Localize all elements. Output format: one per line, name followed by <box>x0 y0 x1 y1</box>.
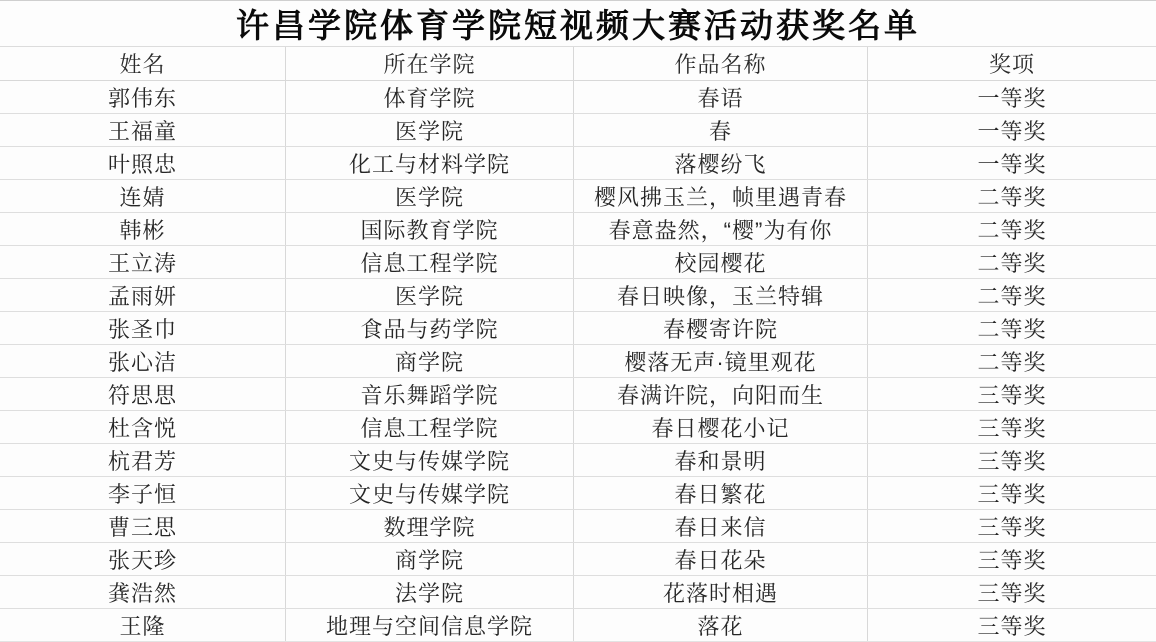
table-row: 叶照忠 化工与材料学院 落樱纷飞 一等奖 <box>0 147 1156 180</box>
cell-award: 一等奖 <box>867 147 1156 179</box>
table-row: 李子恒 文史与传媒学院 春日繁花 三等奖 <box>0 477 1156 510</box>
column-header-work: 作品名称 <box>573 47 867 80</box>
page-title: 许昌学院体育学院短视频大赛活动获奖名单 <box>0 1 1156 47</box>
cell-work: 樱风拂玉兰，帧里遇青春 <box>573 180 867 212</box>
cell-award: 三等奖 <box>867 609 1156 641</box>
cell-college: 医学院 <box>285 180 573 212</box>
cell-name: 李子恒 <box>0 477 285 509</box>
cell-college: 体育学院 <box>285 81 573 113</box>
cell-name: 张圣巾 <box>0 312 285 344</box>
cell-name: 曹三思 <box>0 510 285 542</box>
cell-college: 数理学院 <box>285 510 573 542</box>
cell-college: 国际教育学院 <box>285 213 573 245</box>
table-row: 张心洁 商学院 樱落无声·镜里观花 二等奖 <box>0 345 1156 378</box>
cell-award: 二等奖 <box>867 246 1156 278</box>
cell-work: 春满许院，向阳而生 <box>573 378 867 410</box>
cell-award: 一等奖 <box>867 81 1156 113</box>
table-row: 郭伟东 体育学院 春语 一等奖 <box>0 81 1156 114</box>
cell-award: 二等奖 <box>867 312 1156 344</box>
table-row: 杭君芳 文史与传媒学院 春和景明 三等奖 <box>0 444 1156 477</box>
cell-work: 樱落无声·镜里观花 <box>573 345 867 377</box>
column-header-award: 奖项 <box>867 47 1156 80</box>
cell-work: 春日来信 <box>573 510 867 542</box>
cell-name: 王隆 <box>0 609 285 641</box>
cell-work: 校园樱花 <box>573 246 867 278</box>
cell-college: 信息工程学院 <box>285 411 573 443</box>
cell-college: 文史与传媒学院 <box>285 444 573 476</box>
cell-college: 地理与空间信息学院 <box>285 609 573 641</box>
cell-name: 王福童 <box>0 114 285 146</box>
column-header-college: 所在学院 <box>285 47 573 80</box>
table-row: 孟雨妍 医学院 春日映像，玉兰特辑 二等奖 <box>0 279 1156 312</box>
cell-college: 信息工程学院 <box>285 246 573 278</box>
cell-name: 王立涛 <box>0 246 285 278</box>
cell-college: 食品与药学院 <box>285 312 573 344</box>
cell-award: 三等奖 <box>867 444 1156 476</box>
cell-name: 连婧 <box>0 180 285 212</box>
cell-award: 三等奖 <box>867 378 1156 410</box>
table-row: 张圣巾 食品与药学院 春樱寄许院 二等奖 <box>0 312 1156 345</box>
table-row: 韩彬 国际教育学院 春意盎然，“樱”为有你 二等奖 <box>0 213 1156 246</box>
cell-work: 落樱纷飞 <box>573 147 867 179</box>
table-row: 张天珍 商学院 春日花朵 三等奖 <box>0 543 1156 576</box>
cell-name: 杜含悦 <box>0 411 285 443</box>
cell-name: 杭君芳 <box>0 444 285 476</box>
cell-work: 春樱寄许院 <box>573 312 867 344</box>
cell-college: 商学院 <box>285 543 573 575</box>
table-row: 龚浩然 法学院 花落时相遇 三等奖 <box>0 576 1156 609</box>
table-row: 杜含悦 信息工程学院 春日樱花小记 三等奖 <box>0 411 1156 444</box>
cell-name: 张天珍 <box>0 543 285 575</box>
cell-award: 二等奖 <box>867 279 1156 311</box>
cell-name: 龚浩然 <box>0 576 285 608</box>
column-header-name: 姓名 <box>0 47 285 80</box>
cell-award: 二等奖 <box>867 180 1156 212</box>
cell-name: 孟雨妍 <box>0 279 285 311</box>
cell-award: 三等奖 <box>867 510 1156 542</box>
cell-college: 法学院 <box>285 576 573 608</box>
cell-award: 三等奖 <box>867 543 1156 575</box>
cell-name: 韩彬 <box>0 213 285 245</box>
cell-college: 医学院 <box>285 279 573 311</box>
cell-award: 二等奖 <box>867 345 1156 377</box>
table-row: 曹三思 数理学院 春日来信 三等奖 <box>0 510 1156 543</box>
cell-work: 春 <box>573 114 867 146</box>
award-list-sheet: 许昌学院体育学院短视频大赛活动获奖名单 姓名 所在学院 作品名称 奖项 郭伟东 … <box>0 0 1156 642</box>
table-row: 王立涛 信息工程学院 校园樱花 二等奖 <box>0 246 1156 279</box>
table-row: 王福童 医学院 春 一等奖 <box>0 114 1156 147</box>
cell-work: 花落时相遇 <box>573 576 867 608</box>
cell-college: 文史与传媒学院 <box>285 477 573 509</box>
cell-work: 落花 <box>573 609 867 641</box>
cell-award: 二等奖 <box>867 213 1156 245</box>
cell-college: 音乐舞蹈学院 <box>285 378 573 410</box>
table-header-row: 姓名 所在学院 作品名称 奖项 <box>0 47 1156 81</box>
cell-award: 三等奖 <box>867 477 1156 509</box>
table-row: 连婧 医学院 樱风拂玉兰，帧里遇青春 二等奖 <box>0 180 1156 213</box>
table-row: 符思思 音乐舞蹈学院 春满许院，向阳而生 三等奖 <box>0 378 1156 411</box>
table-body: 郭伟东 体育学院 春语 一等奖 王福童 医学院 春 一等奖 叶照忠 化工与材料学… <box>0 81 1156 641</box>
cell-work: 春日繁花 <box>573 477 867 509</box>
cell-award: 三等奖 <box>867 411 1156 443</box>
cell-work: 春意盎然，“樱”为有你 <box>573 213 867 245</box>
cell-work: 春语 <box>573 81 867 113</box>
cell-name: 张心洁 <box>0 345 285 377</box>
cell-name: 郭伟东 <box>0 81 285 113</box>
cell-name: 符思思 <box>0 378 285 410</box>
cell-work: 春日映像，玉兰特辑 <box>573 279 867 311</box>
table-row: 王隆 地理与空间信息学院 落花 三等奖 <box>0 609 1156 641</box>
cell-college: 医学院 <box>285 114 573 146</box>
cell-work: 春和景明 <box>573 444 867 476</box>
cell-award: 三等奖 <box>867 576 1156 608</box>
cell-work: 春日樱花小记 <box>573 411 867 443</box>
cell-work: 春日花朵 <box>573 543 867 575</box>
cell-name: 叶照忠 <box>0 147 285 179</box>
cell-college: 化工与材料学院 <box>285 147 573 179</box>
cell-college: 商学院 <box>285 345 573 377</box>
cell-award: 一等奖 <box>867 114 1156 146</box>
